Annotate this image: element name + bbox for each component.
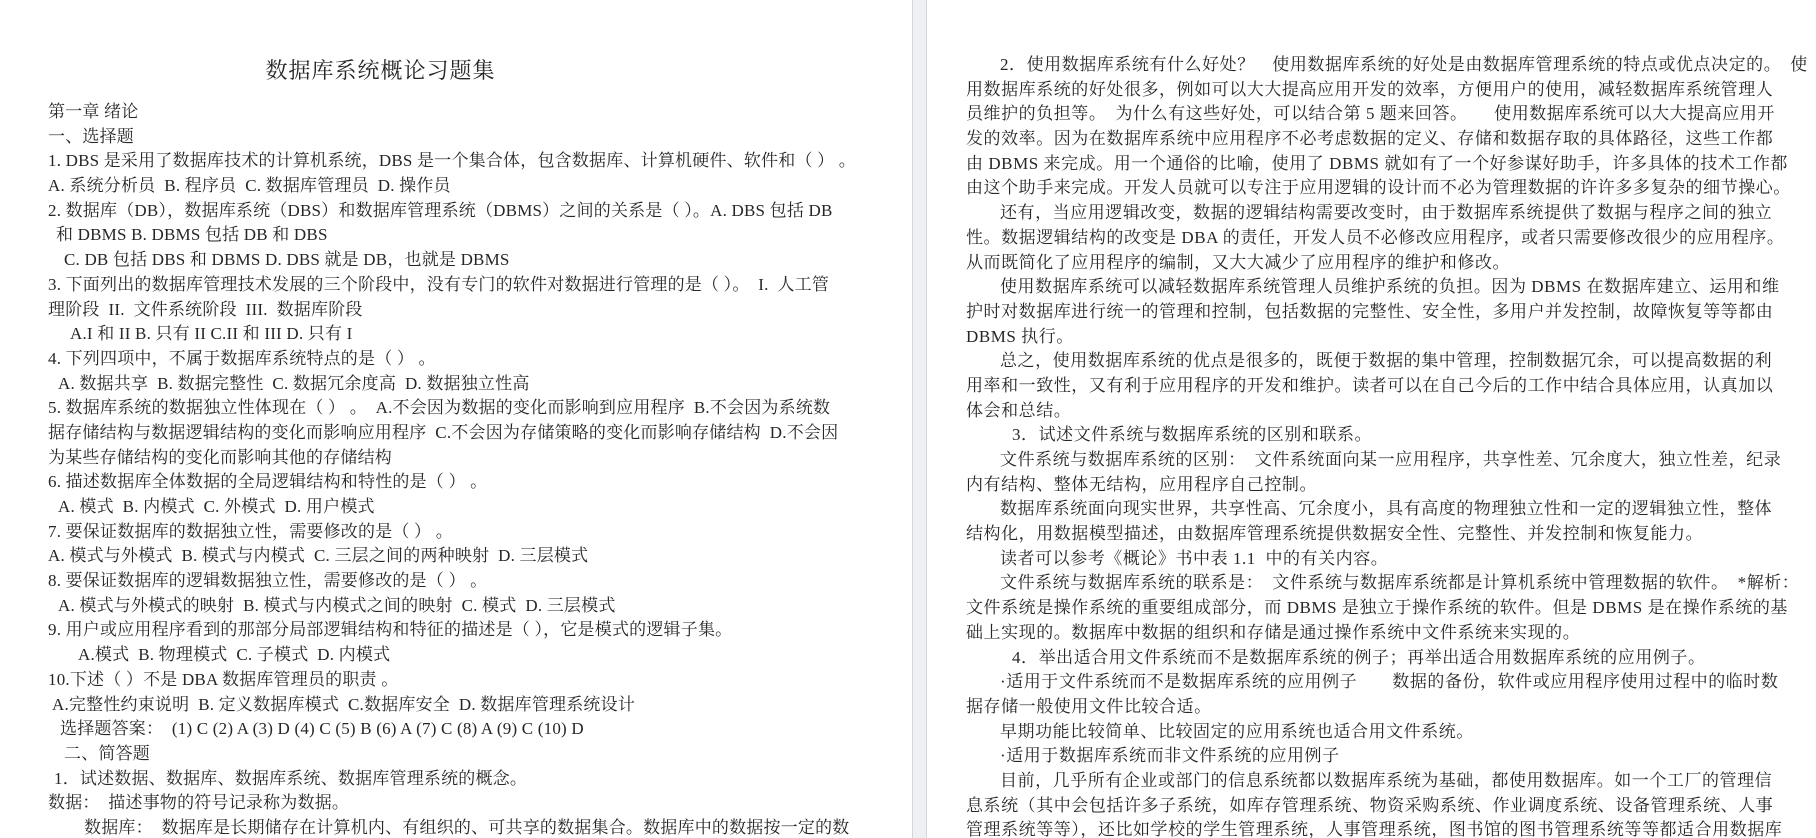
text-line: 3. 下面列出的数据库管理技术发展的三个阶段中，没有专门的软件对数据进行管理的是… xyxy=(48,273,828,298)
text-line: 1．试述数据、数据库、数据库系统、数据库管理系统的概念。 xyxy=(48,767,828,792)
text-line: 3．试述文件系统与数据库系统的区别和联系。 xyxy=(966,423,1786,448)
text-line: 文件系统与数据库系统的区别： 文件系统面向某一应用程序，共享性差、冗余度大，独立… xyxy=(966,448,1786,473)
text-line: 和 DBMS B. DBMS 包括 DB 和 DBS xyxy=(48,223,828,248)
document-title: 数据库系统概论习题集 xyxy=(48,54,713,85)
text-line: ·适用于文件系统而不是数据库系统的应用例子 数据的备份，软件或应用程序使用过程中… xyxy=(966,670,1786,695)
text-line: 10.下述（ ）不是 DBA 数据库管理员的职责 。 xyxy=(48,668,828,693)
text-line: 二、简答题 xyxy=(48,742,828,767)
text-line: 由 DBMS 来完成。用一个通俗的比喻，使用了 DBMS 就如有了一个好参谋好助… xyxy=(966,152,1786,177)
text-line: A. 模式与外模式 B. 模式与内模式 C. 三层之间的两种映射 D. 三层模式 xyxy=(48,544,828,569)
text-line: 8. 要保证数据库的逻辑数据独立性，需要修改的是（ ） 。 xyxy=(48,569,828,594)
text-line: 从而既简化了应用程序的编制，又大大减少了应用程序的维护和修改。 xyxy=(966,251,1786,276)
text-line: 1. DBS 是采用了数据库技术的计算机系统，DBS 是一个集合体，包含数据库、… xyxy=(48,149,828,174)
text-line: 使用数据库系统可以减轻数据库系统管理人员维护系统的负担。因为 DBMS 在数据库… xyxy=(966,275,1786,300)
text-line: 员维护的负担等。 为什么有这些好处，可以结合第 5 题来回答。 使用数据库系统可… xyxy=(966,102,1786,127)
text-line: 2. 数据库（DB），数据库系统（DBS）和数据库管理系统（DBMS）之间的关系… xyxy=(48,199,828,224)
text-line: 第一章 绪论 xyxy=(48,100,828,125)
text-line: 性。数据逻辑结构的改变是 DBA 的责任，开发人员不必修改应用程序，或者只需要修… xyxy=(966,226,1786,251)
text-line: 护时对数据库进行统一的管理和控制，包括数据的完整性、安全性，多用户并发控制，故障… xyxy=(966,300,1786,325)
text-line: 数据： 描述事物的符号记录称为数据。 xyxy=(48,791,828,816)
text-line: 选择题答案： (1) C (2) A (3) D (4) C (5) B (6)… xyxy=(48,717,828,742)
page-left: 数据库系统概论习题集 第一章 绪论一、选择题1. DBS 是采用了数据库技术的计… xyxy=(0,0,912,838)
text-line: 础上实现的。数据库中数据的组织和存储是通过操作系统中文件系统来实现的。 xyxy=(966,621,1786,646)
text-line: 用率和一致性，又有利于应用程序的开发和维护。读者可以在自己今后的工作中结合具体应… xyxy=(966,374,1786,399)
text-line: A. 系统分析员 B. 程序员 C. 数据库管理员 D. 操作员 xyxy=(48,174,828,199)
right-page-text: 2．使用数据库系统有什么好处？ 使用数据库系统的好处是由数据库管理系统的特点或优… xyxy=(966,53,1786,838)
text-line: 由这个助手来完成。开发人员就可以专注于应用逻辑的设计而不必为管理数据的许许多多复… xyxy=(966,176,1786,201)
text-line: 读者可以参考《概论》书中表 1.1 中的有关内容。 xyxy=(966,547,1786,572)
text-line: 数据库系统面向现实世界，共享性高、冗余度小，具有高度的物理独立性和一定的逻辑独立… xyxy=(966,497,1786,522)
text-line: 息系统（其中会包括许多子系统，如库存管理系统、物资采购系统、作业调度系统、设备管… xyxy=(966,794,1786,819)
text-line: 发的效率。因为在数据库系统中应用程序不必考虑数据的定义、存储和数据存取的具体路径… xyxy=(966,127,1786,152)
document-viewport[interactable]: 数据库系统概论习题集 第一章 绪论一、选择题1. DBS 是采用了数据库技术的计… xyxy=(0,0,1816,838)
text-line: 文件系统与数据库系统的联系是： 文件系统与数据库系统都是计算机系统中管理数据的软… xyxy=(966,571,1786,596)
text-line: 文件系统是操作系统的重要组成部分，而 DBMS 是独立于操作系统的软件。但是 D… xyxy=(966,596,1786,621)
text-line: 体会和总结。 xyxy=(966,399,1786,424)
text-line: A.模式 B. 物理模式 C. 子模式 D. 内模式 xyxy=(48,643,828,668)
text-line: A. 模式 B. 内模式 C. 外模式 D. 用户模式 xyxy=(48,495,828,520)
page-right: 2．使用数据库系统有什么好处？ 使用数据库系统的好处是由数据库管理系统的特点或优… xyxy=(927,0,1816,838)
text-line: 5. 数据库系统的数据独立性体现在（ ） 。 A.不会因为数据的变化而影响到应用… xyxy=(48,396,828,421)
left-page-text: 第一章 绪论一、选择题1. DBS 是采用了数据库技术的计算机系统，DBS 是一… xyxy=(48,100,828,838)
text-line: 一、选择题 xyxy=(48,125,828,150)
text-line: 理阶段 II. 文件系统阶段 III. 数据库阶段 xyxy=(48,298,828,323)
text-line: A.完整性约束说明 B. 定义数据库模式 C.数据库安全 D. 数据库管理系统设… xyxy=(48,693,828,718)
text-line: 4. 下列四项中，不属于数据库系统特点的是（ ） 。 xyxy=(48,347,828,372)
text-line: A.I 和 II B. 只有 II C.II 和 III D. 只有 I xyxy=(48,322,828,347)
text-line: 为某些存储结构的变化而影响其他的存储结构 xyxy=(48,446,828,471)
text-line: A. 数据共享 B. 数据完整性 C. 数据冗余度高 D. 数据独立性高 xyxy=(48,372,828,397)
text-line: C. DB 包括 DBS 和 DBMS D. DBS 就是 DB，也就是 DBM… xyxy=(48,248,828,273)
page-gap-divider xyxy=(912,0,927,838)
text-line: 6. 描述数据库全体数据的全局逻辑结构和特性的是（ ） 。 xyxy=(48,470,828,495)
text-line: 还有，当应用逻辑改变，数据的逻辑结构需要改变时，由于数据库系统提供了数据与程序之… xyxy=(966,201,1786,226)
text-line: 内有结构、整体无结构，应用程序自己控制。 xyxy=(966,473,1786,498)
text-line: 目前，几乎所有企业或部门的信息系统都以数据库系统为基础，都使用数据库。如一个工厂… xyxy=(966,769,1786,794)
text-line: 数据库： 数据库是长期储存在计算机内、有组织的、可共享的数据集合。数据库中的数据… xyxy=(48,816,828,838)
text-line: 4．举出适合用文件系统而不是数据库系统的例子；再举出适合用数据库系统的应用例子。 xyxy=(966,646,1786,671)
text-line: 据存储结构与数据逻辑结构的变化而影响应用程序 C.不会因为存储策略的变化而影响存… xyxy=(48,421,828,446)
text-line: 2．使用数据库系统有什么好处？ 使用数据库系统的好处是由数据库管理系统的特点或优… xyxy=(966,53,1786,78)
text-line: A. 模式与外模式的映射 B. 模式与内模式之间的映射 C. 模式 D. 三层模… xyxy=(48,594,828,619)
text-line: 9. 用户或应用程序看到的那部分局部逻辑结构和特征的描述是（ ），它是模式的逻辑… xyxy=(48,618,828,643)
text-line: 结构化，用数据模型描述，由数据库管理系统提供数据安全性、完整性、并发控制和恢复能… xyxy=(966,522,1786,547)
text-line: 总之，使用数据库系统的优点是很多的，既便于数据的集中管理，控制数据冗余，可以提高… xyxy=(966,349,1786,374)
text-line: 据存储一般使用文件比较合适。 xyxy=(966,695,1786,720)
text-line: 7. 要保证数据库的数据独立性，需要修改的是（ ） 。 xyxy=(48,520,828,545)
text-line: 用数据库系统的好处很多，例如可以大大提高应用开发的效率，方便用户的使用，减轻数据… xyxy=(966,78,1786,103)
text-line: 管理系统等等），还比如学校的学生管理系统，人事管理系统，图书馆的图书管理系统等等… xyxy=(966,818,1786,838)
text-line: ·适用于数据库系统而非文件系统的应用例子 xyxy=(966,744,1786,769)
text-line: 早期功能比较简单、比较固定的应用系统也适合用文件系统。 xyxy=(966,720,1786,745)
text-line: DBMS 执行。 xyxy=(966,325,1786,350)
